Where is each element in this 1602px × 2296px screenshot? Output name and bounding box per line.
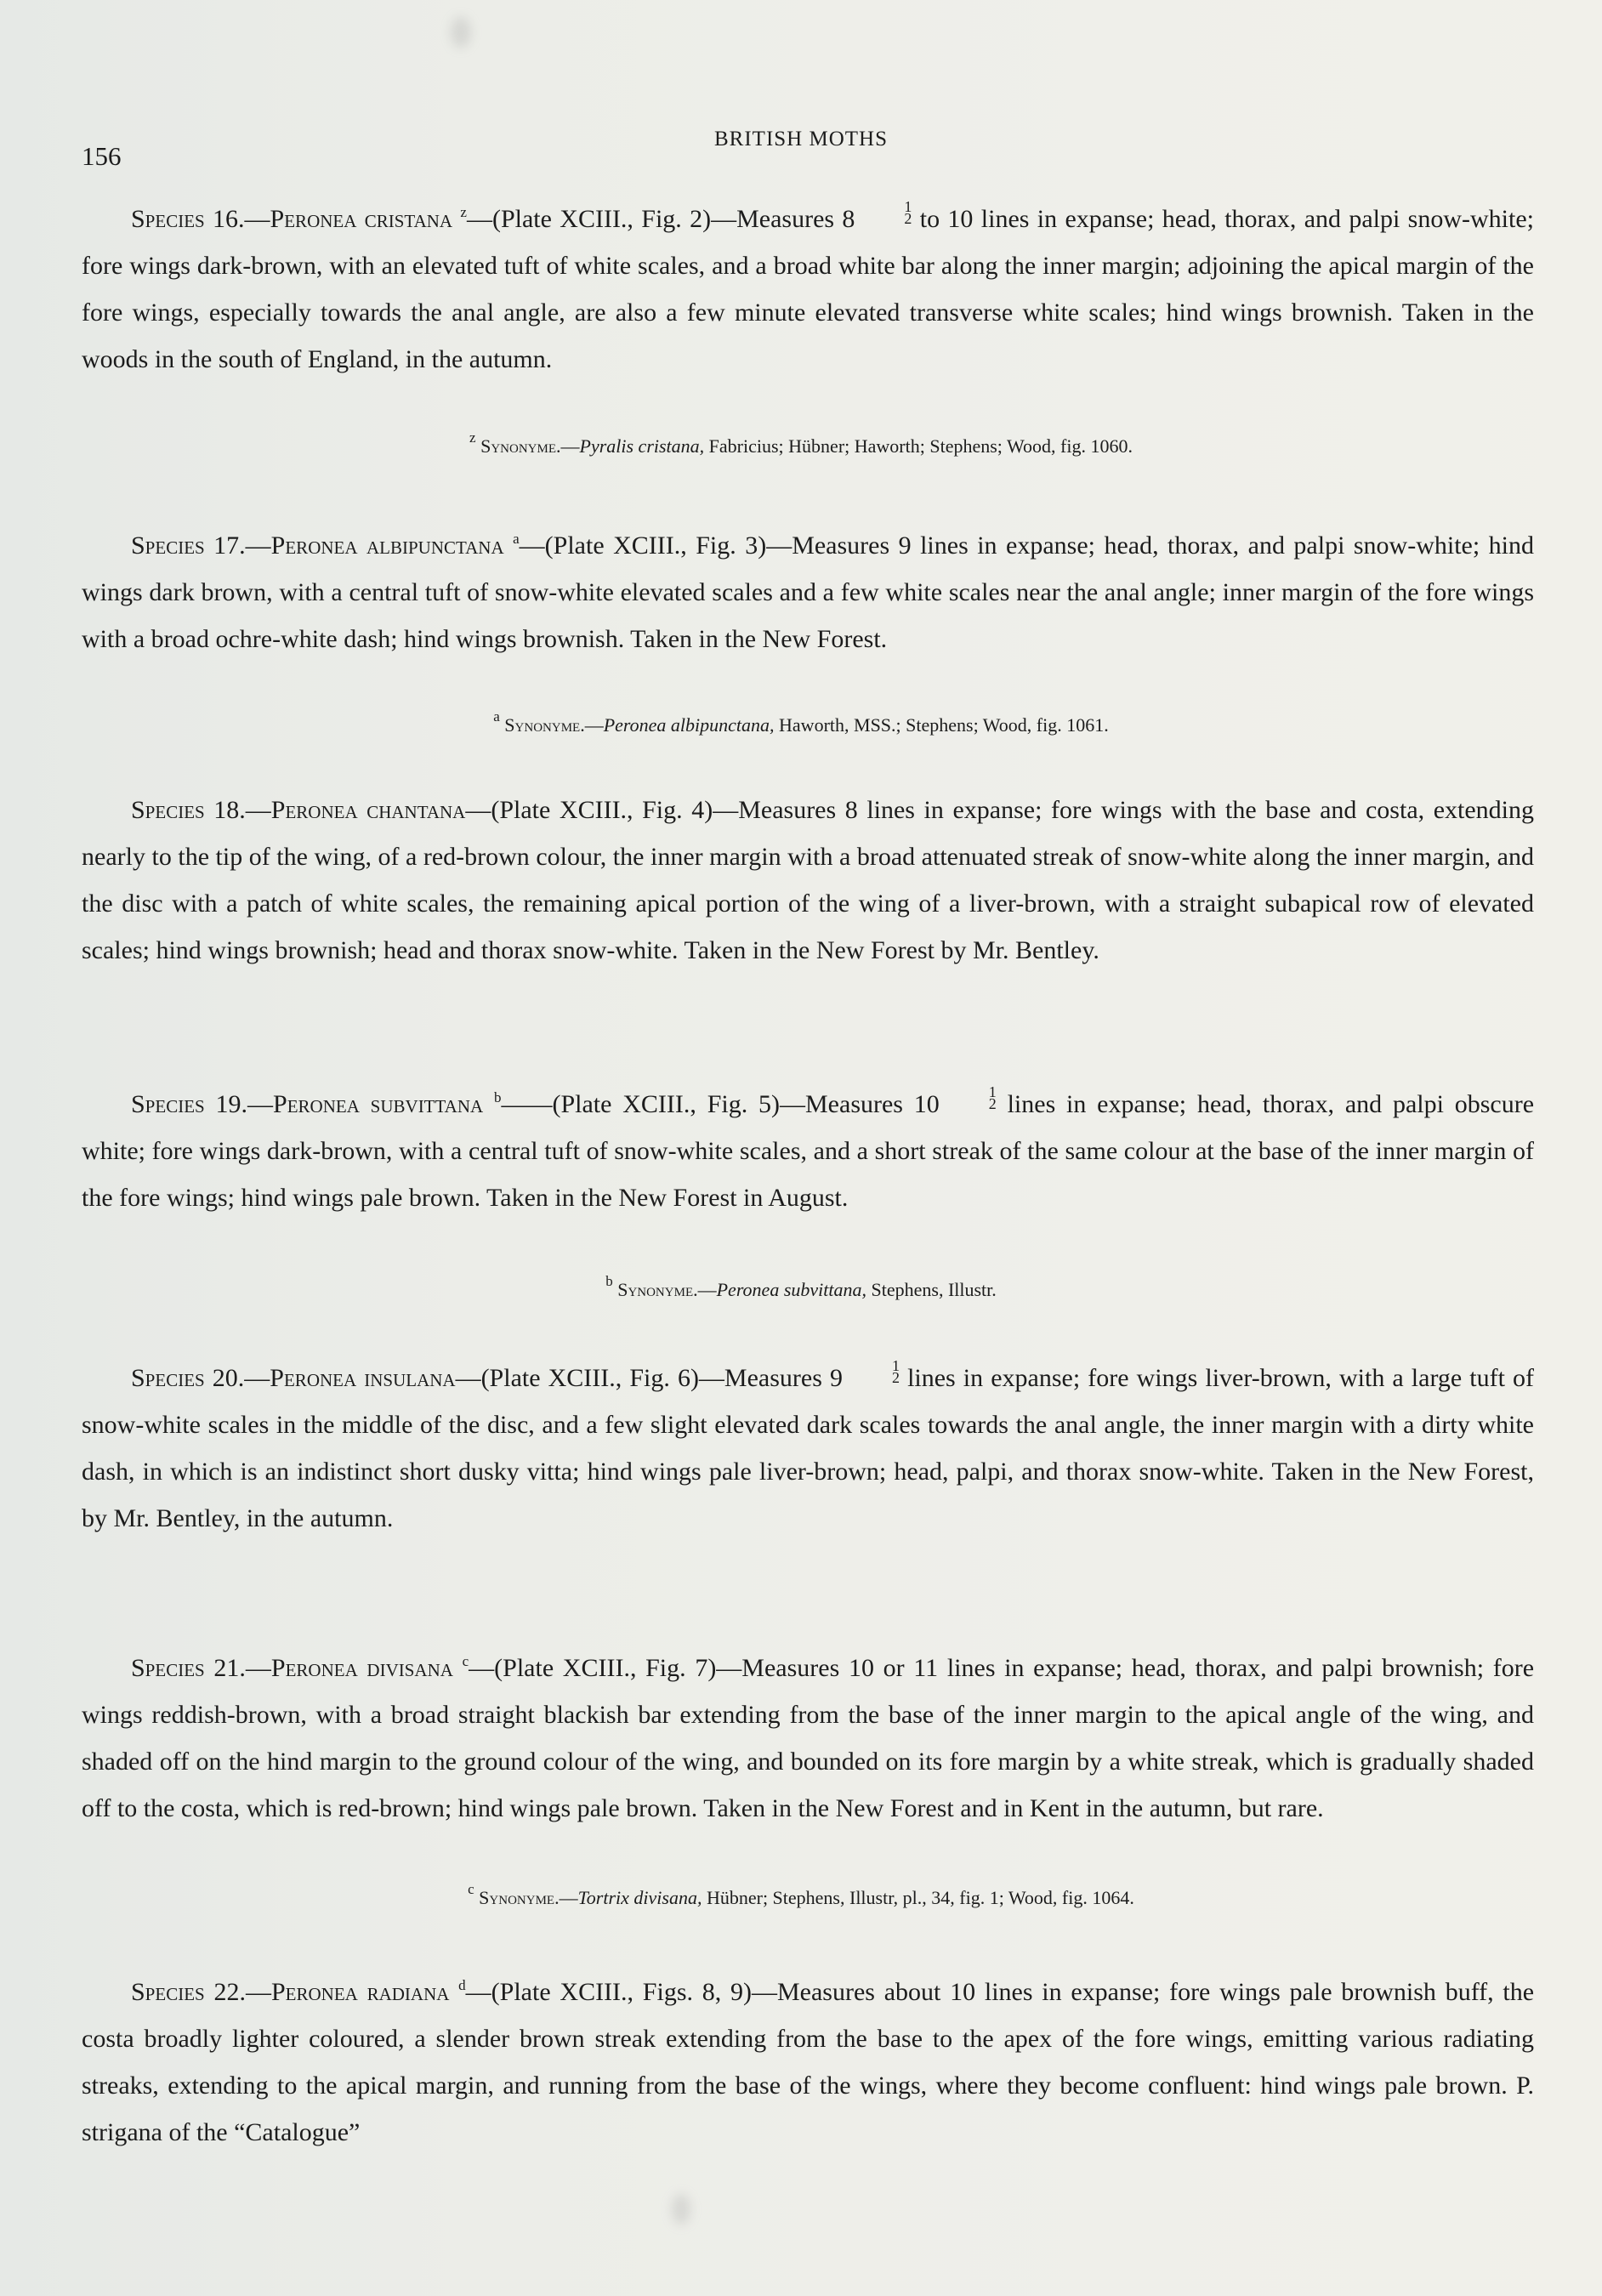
species-entry-18: Species 18.—Peronea chantana—(Plate XCII… [82,787,1534,974]
synonym-footnote-21: c Synonyme.—Tortrix divisana, Hübner; St… [0,1881,1602,1909]
species-entry-19: Species 19.—Peronea subvittana b——(Plate… [82,1074,1534,1221]
synonym-footnote-19: b Synonyme.—Peronea subvittana, Stephens… [0,1273,1602,1301]
fraction: 12 [855,201,912,224]
synonym-footnote-16: z Synonyme.—Pyralis cristana, Fabricius;… [0,429,1602,457]
species-entry-20: Species 20.—Peronea insulana—(Plate XCII… [82,1355,1534,1542]
fraction: 12 [843,1360,900,1384]
footnote-mark: z [460,204,467,220]
species-epithet: cristana [365,205,452,233]
book-page: 156 BRITISH MOTHS Species 16.—Peronea cr… [0,0,1602,2296]
synonym-footnote-17: a Synonyme.—Peronea albipunctana, Hawort… [0,708,1602,736]
species-entry-16: Species 16.—Peronea cristana z—(Plate XC… [82,189,1534,383]
species-entry-21: Species 21.—Peronea divisana c—(Plate XC… [82,1638,1534,1832]
species-entry-22: Species 22.—Peronea radiana d—(Plate XCI… [82,1962,1534,2156]
species-entry-17: Species 17.—Peronea albipunctana a—(Plat… [82,515,1534,662]
page-smudge [451,17,471,48]
species-genus: Peronea [270,205,357,233]
running-head: BRITISH MOTHS [0,128,1602,151]
page-smudge [672,2194,690,2225]
species-label: Species [131,205,205,233]
plate-reference: —(Plate XCIII., Fig. 2)—Measures 8 [467,205,855,233]
fraction: 12 [940,1086,997,1110]
species-number: 16.— [213,205,270,233]
